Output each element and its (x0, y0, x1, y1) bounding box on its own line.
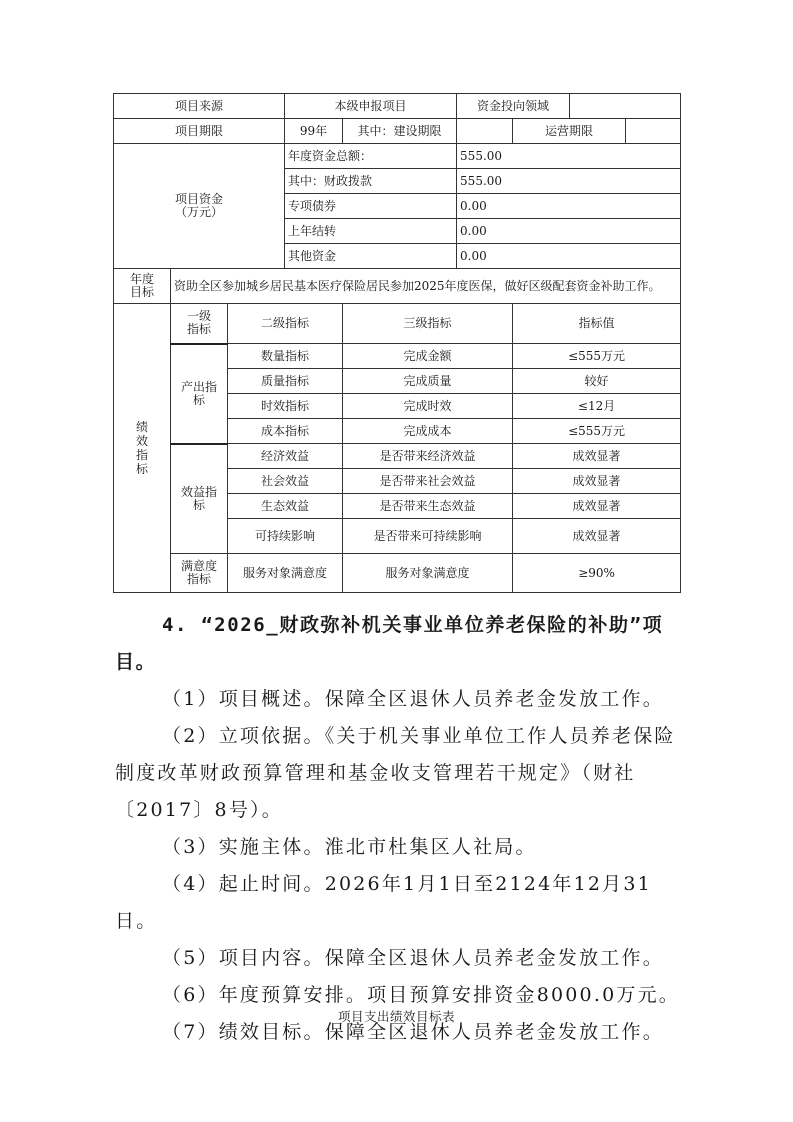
indicator-header-row: 绩效指标 一级 指标 二级指标 三级指标 指标值 (114, 304, 681, 344)
build-period-label: 其中：建设期限 (343, 119, 457, 144)
indicator-level3: 完成质量 (343, 369, 513, 394)
paragraph-overview: （1）项目概述。保障全区退休人员养老金发放工作。 (115, 681, 687, 718)
output-indicator-label: 产出指 标 (171, 344, 228, 444)
indicator-row: 效益指 标 经济效益 是否带来经济效益 成效显著 (114, 444, 681, 469)
annual-goal-label-line2: 目标 (117, 286, 167, 299)
performance-indicators-text: 绩效指标 (135, 420, 149, 476)
funds-item-label: 其中：财政拨款 (285, 169, 457, 194)
performance-target-table: 项目来源 本级申报项目 资金投向领域 项目期限 99年 其中：建设期限 运营期限… (113, 93, 681, 593)
project-funds-label: 项目资金 （万元） (114, 144, 285, 269)
ops-period-value (626, 119, 681, 144)
indicator-value: ≤555万元 (513, 344, 681, 369)
benefit-label-line2: 标 (174, 499, 224, 512)
output-label-line2: 标 (174, 394, 224, 407)
indicator-value: 成效显著 (513, 494, 681, 519)
project-source-value: 本级申报项目 (285, 94, 457, 119)
annual-goal-text: 资助全区参加城乡居民基本医疗保险居民参加2025年度医保，做好区级配套资金补助工… (171, 269, 681, 304)
project-funds-label-line2: （万元） (117, 206, 281, 219)
build-period-value (457, 119, 513, 144)
paragraph-implementer: （3）实施主体。淮北市杜集区人社局。 (115, 829, 687, 866)
performance-indicators-label: 绩效指标 (114, 304, 171, 593)
indicator-level2: 可持续影响 (228, 519, 343, 554)
table-caption: 项目支出绩效目标表 (0, 1007, 793, 1025)
funds-item-label: 年度资金总额： (285, 144, 457, 169)
indicator-level2: 时效指标 (228, 394, 343, 419)
indicator-row: 满意度 指标 服务对象满意度 服务对象满意度 ≥90% (114, 554, 681, 593)
header-level2: 二级指标 (228, 304, 343, 344)
indicator-level3: 服务对象满意度 (343, 554, 513, 593)
indicator-value: ≤555万元 (513, 419, 681, 444)
section-body: （1）项目概述。保障全区退休人员养老金发放工作。 （2）立项依据。《关于机关事业… (115, 681, 687, 1051)
indicator-level3: 是否带来经济效益 (343, 444, 513, 469)
indicator-level2: 质量指标 (228, 369, 343, 394)
paragraph-content: （5）项目内容。保障全区退休人员养老金发放工作。 (115, 940, 687, 977)
funds-item-value: 0.00 (457, 194, 681, 219)
paragraph-basis: （2）立项依据。《关于机关事业单位工作人员养老保险制度改革财政预算管理和基金收支… (115, 718, 687, 829)
indicator-level2: 数量指标 (228, 344, 343, 369)
indicator-level3: 完成金额 (343, 344, 513, 369)
funds-item-value: 0.00 (457, 244, 681, 269)
funds-item-label: 上年结转 (285, 219, 457, 244)
header-level1-line2: 指标 (174, 323, 224, 336)
indicator-value: 成效显著 (513, 519, 681, 554)
indicator-level3: 完成成本 (343, 419, 513, 444)
funds-item-value: 555.00 (457, 144, 681, 169)
header-level3: 三级指标 (343, 304, 513, 344)
row-annual-goal: 年度 目标 资助全区参加城乡居民基本医疗保险居民参加2025年度医保，做好区级配… (114, 269, 681, 304)
funds-item-label: 专项债券 (285, 194, 457, 219)
benefit-label-line1: 效益指 (174, 486, 224, 499)
annual-goal-label: 年度 目标 (114, 269, 171, 304)
indicator-level3: 是否带来生态效益 (343, 494, 513, 519)
project-source-label: 项目来源 (114, 94, 285, 119)
indicator-value: 成效显著 (513, 469, 681, 494)
header-value: 指标值 (513, 304, 681, 344)
indicator-level3: 是否带来社会效益 (343, 469, 513, 494)
indicator-value: ≤12月 (513, 394, 681, 419)
funds-item-value: 0.00 (457, 219, 681, 244)
indicator-level2: 服务对象满意度 (228, 554, 343, 593)
indicator-value: 成效显著 (513, 444, 681, 469)
indicator-value: 较好 (513, 369, 681, 394)
indicator-level2: 社会效益 (228, 469, 343, 494)
paragraph-period: （4）起止时间。2026年1月1日至2124年12月31日。 (115, 866, 687, 940)
indicator-level3: 是否带来可持续影响 (343, 519, 513, 554)
project-period-label: 项目期限 (114, 119, 285, 144)
satisfaction-indicator-label: 满意度 指标 (171, 554, 228, 593)
benefit-indicator-label: 效益指 标 (171, 444, 228, 554)
fund-direction-value (570, 94, 681, 119)
header-level1: 一级 指标 (171, 304, 228, 344)
row-project-source: 项目来源 本级申报项目 资金投向领域 (114, 94, 681, 119)
output-label-line1: 产出指 (174, 381, 224, 394)
project-period-value: 99年 (285, 119, 343, 144)
indicator-level2: 经济效益 (228, 444, 343, 469)
fund-direction-label: 资金投向领域 (457, 94, 570, 119)
satisfaction-label-line2: 指标 (174, 573, 224, 586)
row-project-period: 项目期限 99年 其中：建设期限 运营期限 (114, 119, 681, 144)
indicator-level2: 成本指标 (228, 419, 343, 444)
funds-row: 项目资金 （万元） 年度资金总额： 555.00 (114, 144, 681, 169)
ops-period-label: 运营期限 (513, 119, 626, 144)
funds-item-value: 555.00 (457, 169, 681, 194)
indicator-level3: 完成时效 (343, 394, 513, 419)
section-heading: 4. “2026_财政弥补机关事业单位养老保险的补助”项目。 (115, 607, 690, 681)
funds-item-label: 其他资金 (285, 244, 457, 269)
indicator-level2: 生态效益 (228, 494, 343, 519)
indicator-value: ≥90% (513, 554, 681, 593)
indicator-row: 产出指 标 数量指标 完成金额 ≤555万元 (114, 344, 681, 369)
